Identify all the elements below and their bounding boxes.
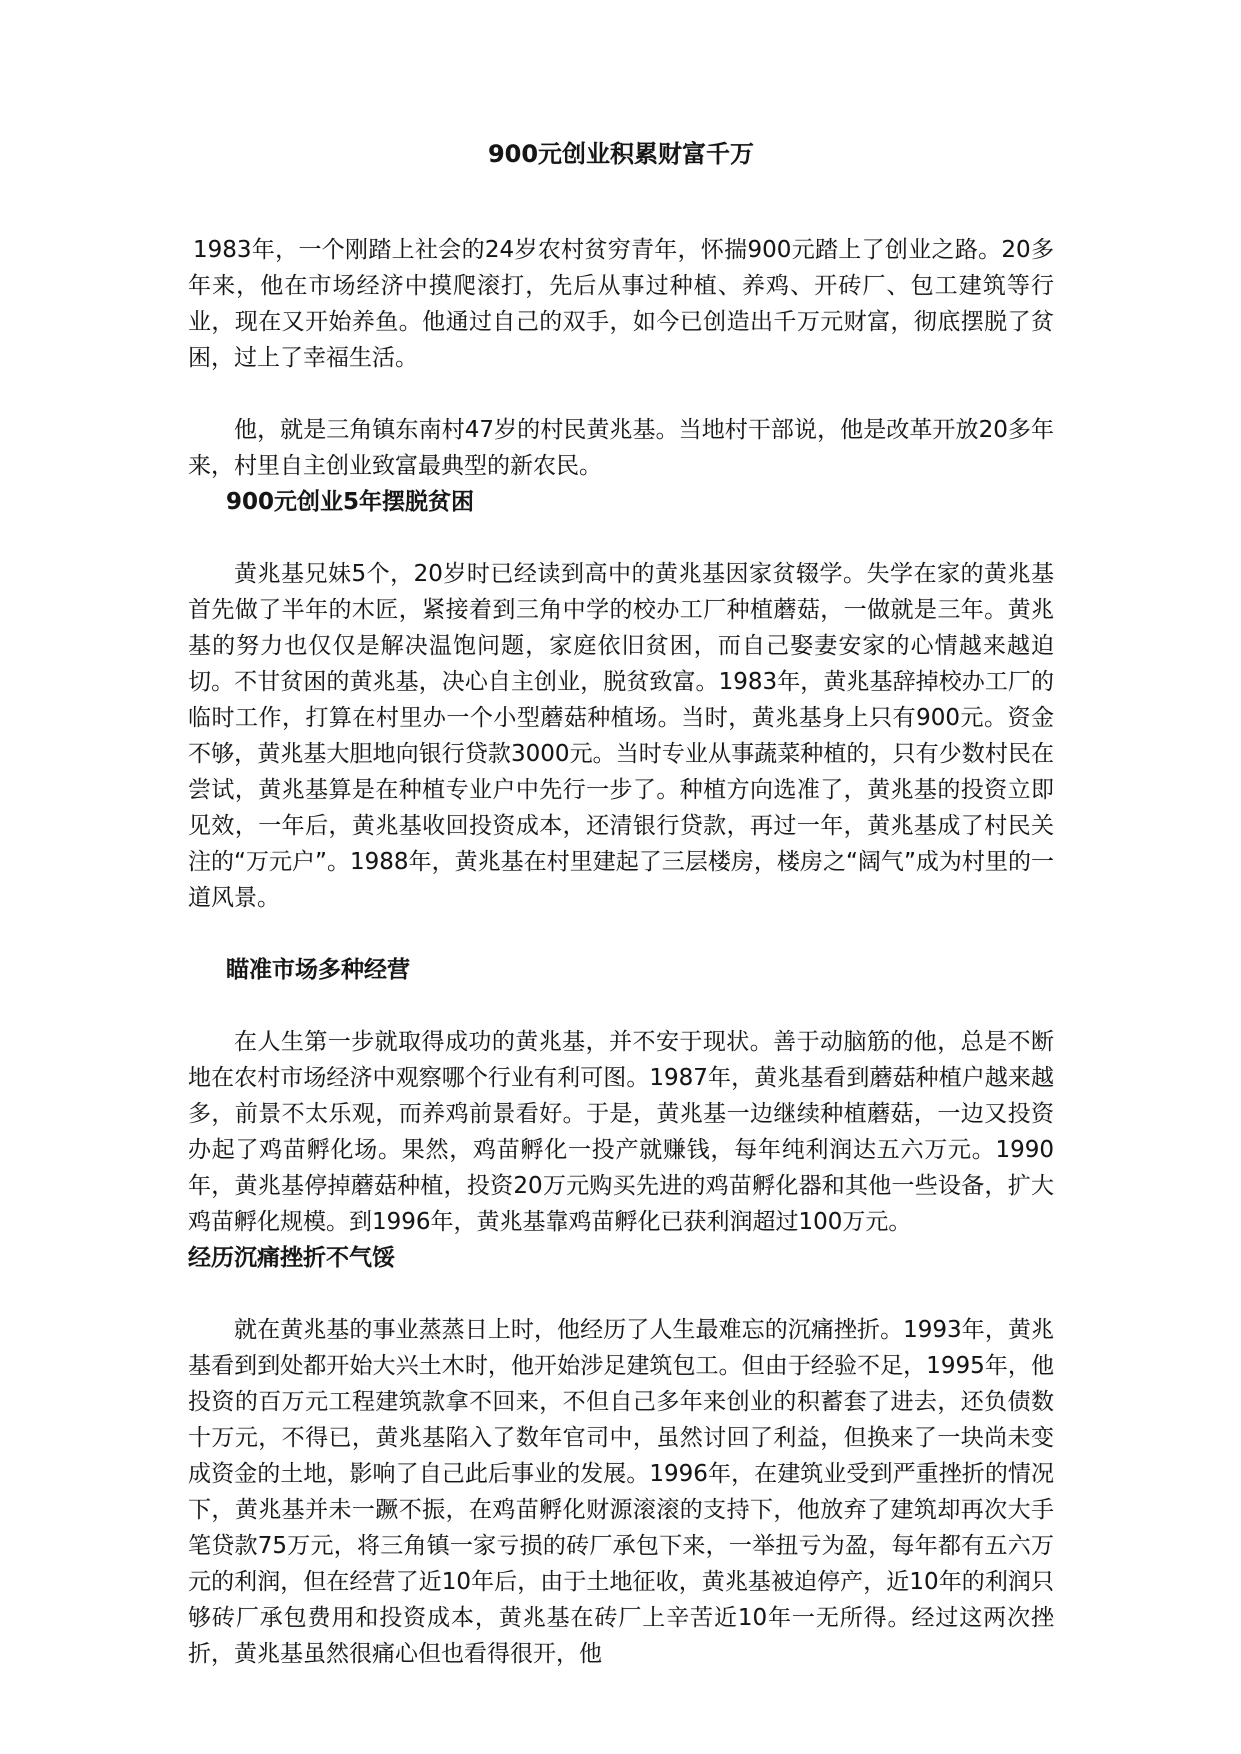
section-1-paragraph: 黄兆基兄妹5个，20岁时已经读到高中的黄兆基因家贫辍学。失学在家的黄兆基首先做了… bbox=[188, 556, 1054, 916]
lead-paragraph-2: 他，就是三角镇东南村47岁的村民黄兆基。当地村干部说，他是改革开放20多年来，村… bbox=[188, 412, 1054, 484]
section-3-heading: 经历沉痛挫折不气馁 bbox=[188, 1240, 1054, 1276]
document-page: 900元创业积累财富千万 1983年，一个刚踏上社会的24岁农村贫穷青年，怀揣9… bbox=[0, 0, 1241, 1754]
section-2-paragraph: 在人生第一步就取得成功的黄兆基，并不安于现状。善于动脑筋的他，总是不断地在农村市… bbox=[188, 1024, 1054, 1240]
document-content: 900元创业积累财富千万 1983年，一个刚踏上社会的24岁农村贫穷青年，怀揣9… bbox=[188, 140, 1054, 1672]
section-1-heading: 900元创业5年摆脱贫困 bbox=[188, 484, 1054, 520]
section-2-heading: 瞄准市场多种经营 bbox=[188, 952, 1054, 988]
lead-paragraph-1: 1983年，一个刚踏上社会的24岁农村贫穷青年，怀揣900元踏上了创业之路。20… bbox=[188, 232, 1054, 376]
section-3-paragraph: 就在黄兆基的事业蒸蒸日上时，他经历了人生最难忘的沉痛挫折。1993年，黄兆基看到… bbox=[188, 1312, 1054, 1672]
document-title: 900元创业积累财富千万 bbox=[188, 140, 1054, 168]
